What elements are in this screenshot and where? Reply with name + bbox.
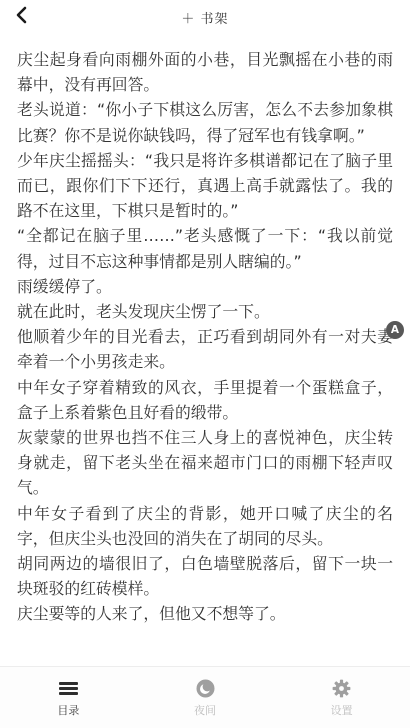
- reader-screen: ＋ 书架 庆尘起身看向雨棚外面的小巷，目光飘摇在小巷的雨幕中，没有再回答。老头说…: [0, 0, 410, 728]
- bottom-toolbar: 目录 夜间: [0, 666, 410, 728]
- paragraph: 灰蒙蒙的世界也挡不住三人身上的喜悦神色，庆尘转身就走，留下老头坐在福来超市门口的…: [17, 425, 393, 501]
- moon-icon: [196, 679, 215, 698]
- paragraph: 庆尘要等的人来了，但他又不想等了。: [17, 601, 393, 626]
- paragraph: 中年女子穿着精致的风衣，手里提着一个蛋糕盒子，盒子上系着紫色且好看的缎带。: [17, 375, 393, 425]
- toolbar-item-label: 夜间: [194, 702, 216, 718]
- paragraph: 老头说道：“你小子下棋这么厉害，怎么不去参加象棋比赛？你不是说你缺钱吗，得了冠军…: [17, 97, 393, 147]
- top-bar: ＋ 书架: [0, 0, 410, 34]
- reader-content[interactable]: 庆尘起身看向雨棚外面的小巷，目光飘摇在小巷的雨幕中，没有再回答。老头说道：“你小…: [0, 34, 410, 666]
- toolbar-item-label: 设置: [331, 702, 353, 718]
- paragraph: 雨缓缓停了。: [17, 274, 393, 299]
- gear-icon: [332, 679, 351, 698]
- add-to-shelf-button[interactable]: ＋ 书架: [181, 8, 228, 27]
- toolbar-item-night-mode[interactable]: 夜间: [137, 667, 274, 728]
- back-button[interactable]: [8, 4, 34, 30]
- paragraph: 少年庆尘摇摇头：“我只是将许多棋谱都记在了脑子里而已，跟你们下下还行，真遇上高手…: [17, 148, 393, 224]
- toolbar-item-settings[interactable]: 设置: [273, 667, 410, 728]
- floating-a-badge[interactable]: A: [386, 321, 404, 339]
- paragraph: 他顺着少年的目光看去，正巧看到胡同外有一对夫妻牵着一个小男孩走来。: [17, 324, 393, 374]
- toolbar-item-label: 目录: [57, 702, 79, 718]
- paragraph: “全都记在脑子里……”老头感慨了一下：“我以前觉得，过目不忘这种事情都是别人瞎编…: [17, 223, 393, 273]
- paragraph: 中年女子看到了庆尘的背影，她开口喊了庆尘的名字，但庆尘头也没回的消失在了胡同的尽…: [17, 501, 393, 551]
- paragraph: 庆尘起身看向雨棚外面的小巷，目光飘摇在小巷的雨幕中，没有再回答。: [17, 47, 393, 97]
- chevron-left-icon: [15, 6, 28, 28]
- paragraph: 胡同两边的墙很旧了，白色墙壁脱落后，留下一块一块斑驳的红砖模样。: [17, 551, 393, 601]
- toolbar-item-contents[interactable]: 目录: [0, 667, 137, 728]
- menu-icon: [59, 679, 78, 698]
- paragraph: 就在此时，老头发现庆尘愣了一下。: [17, 299, 393, 324]
